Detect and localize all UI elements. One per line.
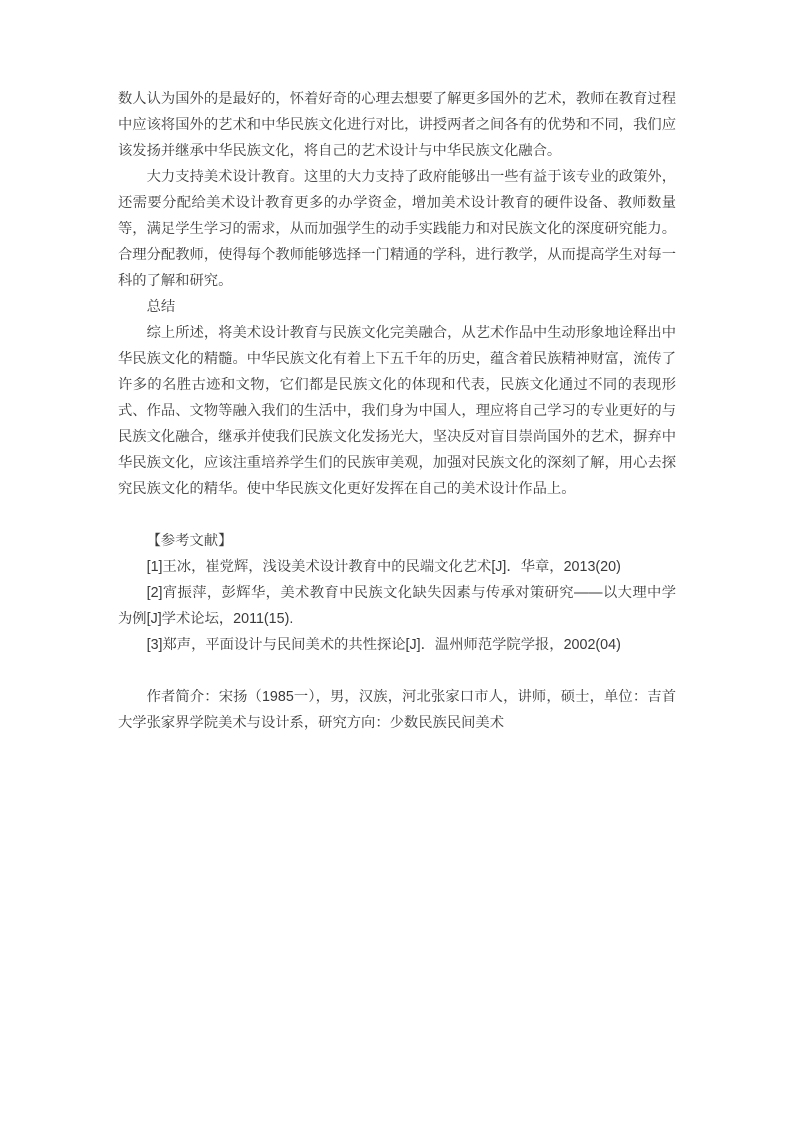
section-heading-summary: 总结: [118, 294, 676, 320]
reference-item: [1]王冰，崔党辉，浅设美术设计教育中的民端文化艺术[J]．华章，2013(20…: [118, 554, 676, 580]
document-body: 数人认为国外的是最好的，怀着好奇的心理去想要了解更多国外的艺术，教师在教育过程中…: [118, 86, 676, 736]
blank-line: [118, 658, 676, 684]
reference-item: [2]宵振萍，彭辉华，美术教育中民族文化缺失因素与传承对策研究——以大理中学为例…: [118, 580, 676, 632]
document-page: 数人认为国外的是最好的，怀着好奇的心理去想要了解更多国外的艺术，教师在教育过程中…: [0, 0, 794, 1123]
body-paragraph-continuation: 数人认为国外的是最好的，怀着好奇的心理去想要了解更多国外的艺术，教师在教育过程中…: [118, 86, 676, 164]
blank-line: [118, 502, 676, 528]
body-paragraph: 大力支持美术设计教育。这里的大力支持了政府能够出一些有益于该专业的政策外，还需要…: [118, 164, 676, 294]
body-paragraph: 综上所述，将美术设计教育与民族文化完美融合，从艺术作品中生动形象地诠释出中华民族…: [118, 320, 676, 502]
reference-item: [3]郑声，平面设计与民间美术的共性探论[J]．温州师范学院学报，2002(04…: [118, 632, 676, 658]
references-heading: 【参考文献】: [118, 528, 676, 554]
author-bio: 作者简介：宋扬（1985一），男，汉族，河北张家口市人，讲师，硕士，单位：吉首大…: [118, 684, 676, 736]
